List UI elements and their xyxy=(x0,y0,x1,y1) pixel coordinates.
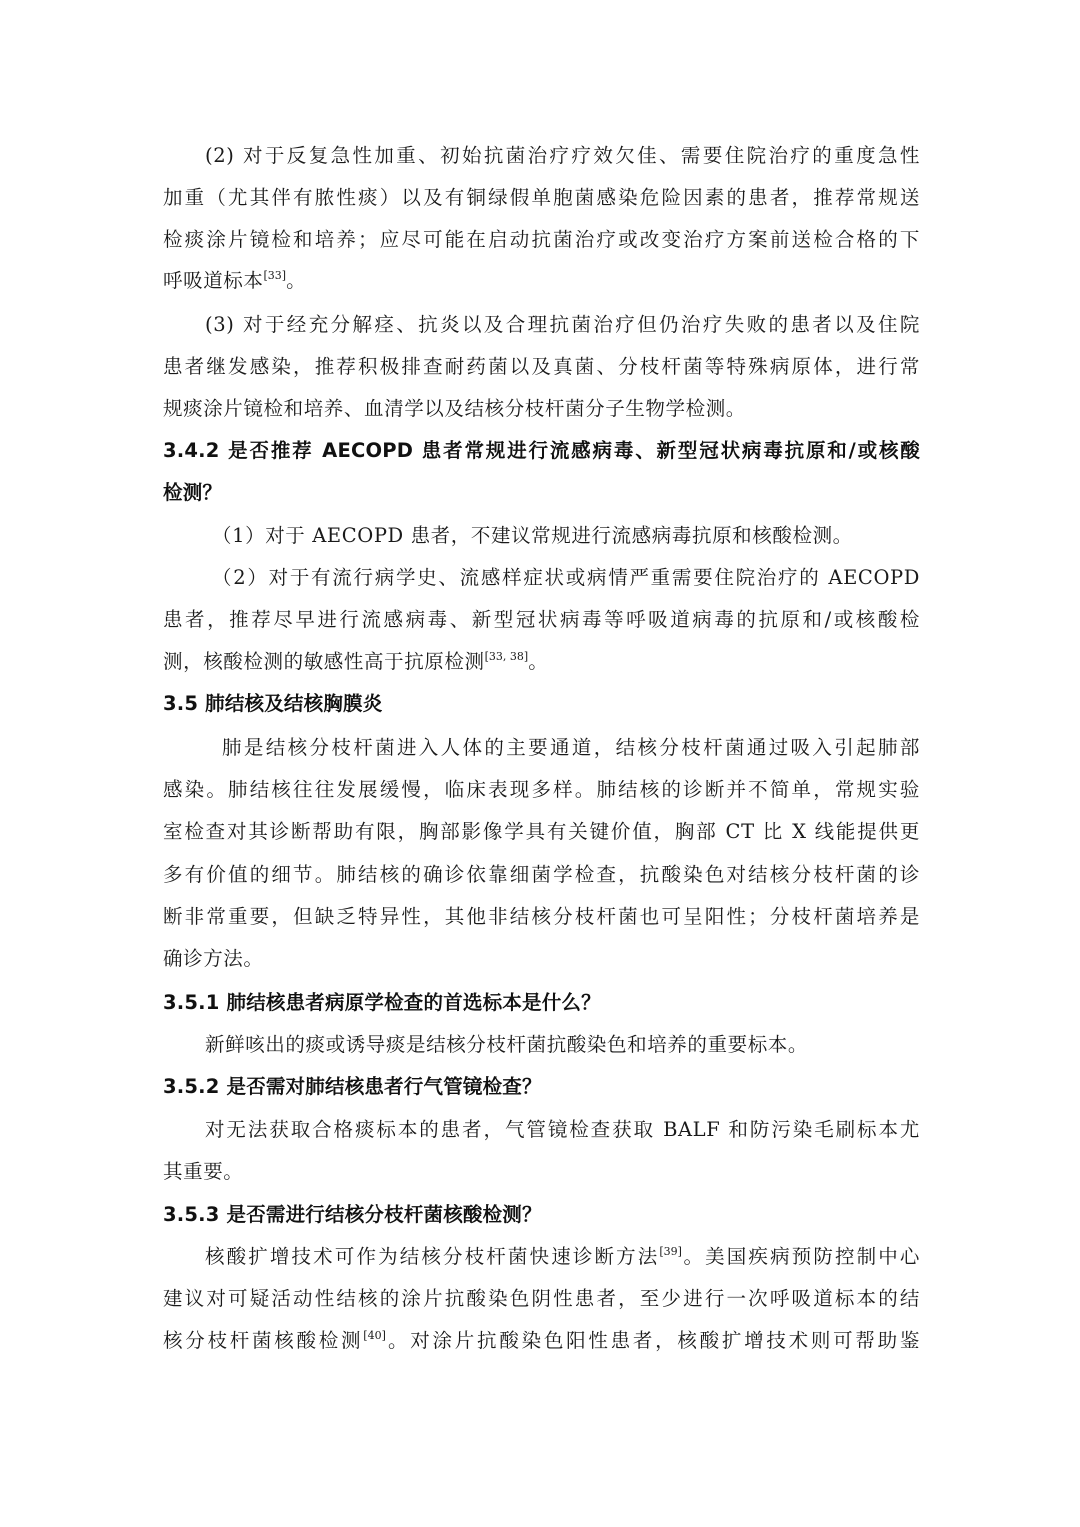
citation-40: [40] xyxy=(363,1329,386,1342)
tb-para-line-1: 肺是结核分枝杆菌进入人体的主要通道，结核分枝杆菌通过吸入引起肺部 xyxy=(222,736,920,760)
heading-3-5-3: 3.5.3 是否需进行结核分枝杆菌核酸检测？ xyxy=(163,1203,920,1227)
tb-para-line-4: 多有价值的细节。肺结核的确诊依靠细菌学检查，抗酸染色对结核分枝杆菌的诊 xyxy=(163,863,920,887)
answer-3-5-3-line-1: 核酸扩增技术可作为结核分枝杆菌快速诊断方法[39]。美国疾病预防控制中心 xyxy=(205,1245,920,1269)
tb-para-line-5: 断非常重要，但缺乏特异性，其他非结核分枝杆菌也可呈阳性；分枝杆菌培养是 xyxy=(163,905,920,929)
answer-3-5-3-text-b: 。美国疾病预防控制中心 xyxy=(682,1245,920,1268)
answer-3-5-3-line-2: 建议对可疑活动性结核的涂片抗酸染色阴性患者，至少进行一次呼吸道标本的结 xyxy=(163,1287,920,1311)
answer-3-5-3-text-c: 核分枝杆菌核酸检测 xyxy=(163,1329,363,1352)
document-page: (2) 对于反复急性加重、初始抗菌治疗疗效欠佳、需要住院治疗的重度急性 加重（尤… xyxy=(0,0,1080,1527)
item-2-line-2: 患者，推荐尽早进行流感病毒、新型冠状病毒等呼吸道病毒的抗原和/或核酸检 xyxy=(163,608,920,632)
citation-33-38: [33, 38] xyxy=(485,650,529,663)
para-2-tail: 。 xyxy=(286,269,306,292)
answer-3-5-2-line-1: 对无法获取合格痰标本的患者，气管镜检查获取 BALF 和防污染毛刷标本尤 xyxy=(205,1118,920,1142)
answer-3-5-3-line-3: 核分枝杆菌核酸检测[40]。对涂片抗酸染色阳性患者，核酸扩增技术则可帮助鉴 xyxy=(163,1329,920,1353)
heading-3-4-2-line-2: 检测？ xyxy=(163,481,920,505)
para-3-line-3: 规痰涂片镜检和培养、血清学以及结核分枝杆菌分子生物学检测。 xyxy=(163,397,920,421)
heading-3-5-1: 3.5.1 肺结核患者病原学检查的首选标本是什么？ xyxy=(163,991,920,1015)
para-2-line-4: 呼吸道标本[33]。 xyxy=(163,269,920,293)
tb-para-line-6: 确诊方法。 xyxy=(163,947,920,971)
tb-para-line-3: 室检查对其诊断帮助有限，胸部影像学具有关键价值，胸部 CT 比 X 线能提供更 xyxy=(163,820,920,844)
answer-3-5-3-text-d: 。对涂片抗酸染色阳性患者，核酸扩增技术则可帮助鉴 xyxy=(386,1329,920,1352)
item-2-line-3: 测，核酸检测的敏感性高于抗原检测[33, 38]。 xyxy=(163,650,920,674)
answer-3-5-2-line-2: 其重要。 xyxy=(163,1160,920,1184)
answer-3-5-3-text-a: 核酸扩增技术可作为结核分枝杆菌快速诊断方法 xyxy=(205,1245,659,1268)
heading-3-5: 3.5 肺结核及结核胸膜炎 xyxy=(163,692,920,716)
item-2-text: 测，核酸检测的敏感性高于抗原检测 xyxy=(163,650,485,673)
answer-3-5-1: 新鲜咳出的痰或诱导痰是结核分枝杆菌抗酸染色和培养的重要标本。 xyxy=(205,1033,920,1057)
item-2-line-1: （2）对于有流行病学史、流感样症状或病情严重需要住院治疗的 AECOPD xyxy=(212,566,920,590)
para-3-line-1: (3) 对于经充分解痉、抗炎以及合理抗菌治疗但仍治疗失败的患者以及住院 xyxy=(205,313,920,337)
para-2-line-3: 检痰涂片镜检和培养；应尽可能在启动抗菌治疗或改变治疗方案前送检合格的下 xyxy=(163,228,920,252)
para-2-text: 呼吸道标本 xyxy=(163,269,264,292)
para-2-line-1: (2) 对于反复急性加重、初始抗菌治疗疗效欠佳、需要住院治疗的重度急性 xyxy=(205,144,920,168)
heading-3-4-2-line-1: 3.4.2 是否推荐 AECOPD 患者常规进行流感病毒、新型冠状病毒抗原和/或… xyxy=(163,439,920,463)
heading-3-5-2: 3.5.2 是否需对肺结核患者行气管镜检查？ xyxy=(163,1075,920,1099)
citation-39: [39] xyxy=(659,1245,682,1258)
para-2-line-2: 加重（尤其伴有脓性痰）以及有铜绿假单胞菌感染危险因素的患者，推荐常规送 xyxy=(163,186,920,210)
para-3-line-2: 患者继发感染，推荐积极排查耐药菌以及真菌、分枝杆菌等特殊病原体，进行常 xyxy=(163,355,920,379)
tb-para-line-2: 感染。肺结核往往发展缓慢，临床表现多样。肺结核的诊断并不简单，常规实验 xyxy=(163,778,920,802)
item-2-tail: 。 xyxy=(528,650,548,673)
item-1-line-1: （1）对于 AECOPD 患者，不建议常规进行流感病毒抗原和核酸检测。 xyxy=(212,524,920,548)
citation-33: [33] xyxy=(264,269,287,282)
